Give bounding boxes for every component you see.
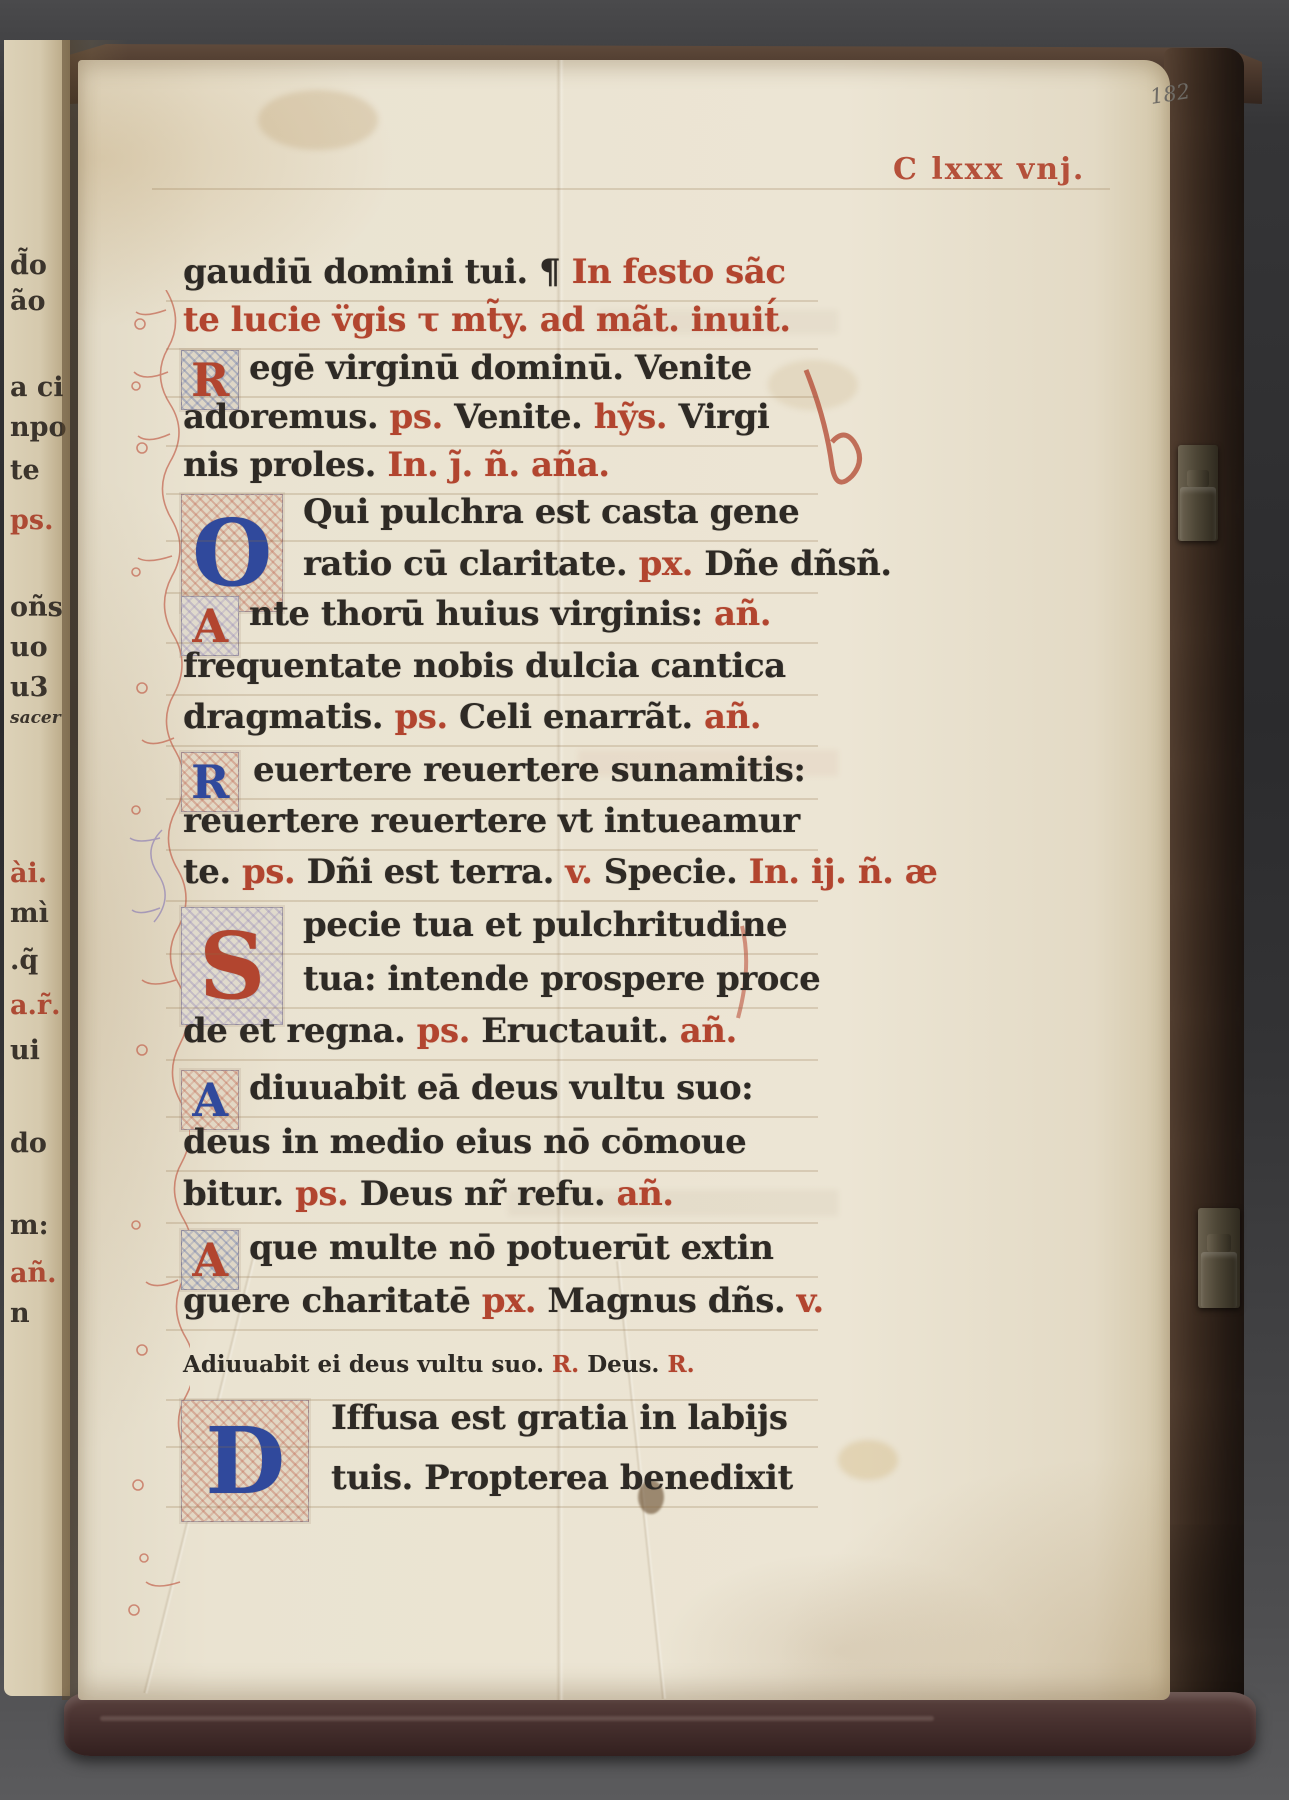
metal-clasp-upper: [1178, 445, 1218, 541]
body-text: diuuabit eā deus vultu suo:: [249, 1068, 753, 1108]
body-text: Magnus dñs.: [547, 1281, 796, 1321]
body-text: Deus nr̃ refu.: [360, 1174, 617, 1214]
ruling-line: [166, 798, 818, 800]
text-line: Regē virginū dominū. Venite: [183, 348, 752, 402]
ruling-line: [166, 1222, 818, 1224]
body-text: ratio cū claritate.: [303, 544, 639, 584]
text-line: OQui pulchra est casta gene: [183, 492, 799, 546]
ruling-line: [166, 900, 818, 902]
rubric-text: añ.: [680, 1011, 737, 1051]
body-text: tua: intende prospere proce: [303, 959, 820, 999]
ruling-line: [166, 849, 818, 851]
facing-page-text-fragment: u3: [10, 672, 48, 703]
facing-page-text-fragment: a ci: [10, 372, 64, 403]
rubric-text: ps.: [242, 852, 307, 892]
text-line: Ante thorū huius virginis: añ.: [183, 594, 771, 648]
text-line: guere charitatē px. Magnus dñs. v.: [183, 1281, 824, 1335]
text-line: ratio cū claritate. px. Dñe dñsñ.: [183, 544, 892, 598]
facing-page-text-fragment: npo: [10, 412, 67, 443]
body-text: Virgi: [678, 397, 769, 437]
rubric-text: px.: [639, 544, 705, 584]
ruling-line: [166, 1059, 818, 1061]
text-line: Aque multe nō potuerūt extin: [183, 1228, 773, 1282]
body-text: Adiuuabit ei deus vultu suo.: [183, 1351, 552, 1378]
text-line: reuertere reuertere vt intueamur: [183, 801, 800, 855]
text-line: deus in medio eius nō cōmoue: [183, 1122, 746, 1176]
facing-page-text-fragment: n: [10, 1298, 30, 1329]
body-text: Deus.: [587, 1351, 667, 1378]
text-line: te. ps. Dñi est terra. v. Specie. In. ij…: [183, 852, 937, 906]
ruling-line: [166, 1506, 818, 1508]
rubric-text: ps.: [417, 1011, 482, 1051]
body-text: reuertere reuertere vt intueamur: [183, 801, 800, 841]
body-text: Qui pulchra est casta gene: [303, 492, 799, 532]
text-line: gaudiū domini tui. ¶ In festo sãc: [183, 252, 786, 306]
body-text: bitur.: [183, 1174, 295, 1214]
body-text: nis proles.: [183, 445, 387, 485]
rubric-text: In festo sãc: [572, 252, 786, 292]
facing-page-text-fragment: a.r̃.: [10, 990, 61, 1021]
ruling-line: [166, 745, 818, 747]
body-text: euertere reuertere sunamitis:: [253, 750, 805, 790]
body-text: adoremus.: [183, 397, 390, 437]
rubric-text: añ.: [617, 1174, 674, 1214]
body-text: Iffusa est gratia in labijs: [331, 1398, 787, 1438]
text-line: tua: intende prospere proce: [183, 959, 820, 1013]
rubric-text: v.: [565, 852, 604, 892]
text-line: bitur. ps. Deus nr̃ refu. añ.: [183, 1174, 674, 1228]
rubric-text: v.: [797, 1281, 824, 1321]
text-line: adoremus. ps. Venite. hỹs. Virgi: [183, 397, 769, 451]
rubric-text: añ.: [704, 697, 761, 737]
ruling-line: [166, 642, 818, 644]
rubric-text: te lucie v̈gis τ mt̃y. ad mãt. inuit́.: [183, 300, 791, 340]
rubric-text: R.: [667, 1351, 694, 1378]
body-text: guere charitatē: [183, 1281, 482, 1321]
leather-binding-right-edge: [1164, 48, 1244, 1754]
body-text: Eructauit.: [481, 1011, 680, 1051]
ruling-line: [166, 1446, 818, 1448]
body-text: pecie tua et pulchritudine: [303, 905, 787, 945]
facing-page-text-fragment: añ.: [10, 1258, 57, 1289]
body-text: tuis. Propterea benedixit: [331, 1458, 793, 1498]
manuscript-photo-scene: d̃oãoa cinpoteps.oñsuou3sacerài.mì.q̃a.r…: [0, 0, 1289, 1800]
rubric-text: añ.: [714, 594, 771, 634]
rubric-text: In. j̃. ñ. aña.: [387, 445, 609, 485]
facing-page-text-fragment: .q̃: [10, 945, 38, 976]
body-text: dragmatis.: [183, 697, 394, 737]
facing-page-text-fragment: mì: [10, 898, 49, 929]
rubric-text: hỹs.: [594, 397, 679, 437]
body-text: gaudiū domini tui. ¶: [183, 252, 572, 292]
rubric-text: ps.: [390, 397, 455, 437]
rubric-text: In. ij. ñ. æ: [749, 852, 938, 892]
text-line: Reuertere reuertere sunamitis:: [183, 750, 805, 804]
leather-binding-bottom-edge: [64, 1692, 1256, 1756]
ruling-line: [166, 1007, 818, 1009]
metal-clasp-lower: [1198, 1208, 1240, 1308]
text-line: de et regna. ps. Eructauit. añ.: [183, 1011, 737, 1065]
facing-page-text-fragment: ài.: [10, 858, 47, 889]
body-text: te.: [183, 852, 242, 892]
ruling-line: [166, 1116, 818, 1118]
ruling-line: [166, 1276, 818, 1278]
body-text: Celi enarrãt.: [459, 697, 704, 737]
body-text: que multe nō potuerūt extin: [249, 1228, 773, 1268]
text-line: Adiuuabit ei deus vultu suo. R. Deus. R.: [183, 1351, 695, 1405]
text-line: DIffusa est gratia in labijs: [183, 1398, 787, 1452]
facing-page-text-fragment: ui: [10, 1035, 40, 1066]
facing-page-text-fragment: do: [10, 1128, 47, 1159]
rubric-text: px.: [482, 1281, 548, 1321]
body-text: egē virginū dominū. Venite: [249, 348, 752, 388]
facing-page-text-fragment: oñs: [10, 592, 63, 623]
ruling-line: [166, 694, 818, 696]
rubric-text: R.: [552, 1351, 587, 1378]
body-text: Dñe dñsñ.: [704, 544, 891, 584]
rubric-text: ps.: [295, 1174, 360, 1214]
facing-page-text-fragment: m:: [10, 1210, 49, 1241]
facing-page-text-fragment: d̃o: [10, 250, 47, 281]
facing-page-text-fragment: ão: [10, 286, 46, 317]
body-text: Dñi est terra.: [307, 852, 566, 892]
ruling-line: [166, 1170, 818, 1172]
body-text: de et regna.: [183, 1011, 417, 1051]
facing-page-text-fragment: uo: [10, 632, 48, 663]
text-line: tuis. Propterea benedixit: [183, 1458, 793, 1512]
body-text: frequentate nobis dulcia cantica: [183, 646, 786, 686]
facing-page-text-fragment: ps.: [10, 505, 53, 536]
body-text: Venite.: [454, 397, 594, 437]
ruling-line: [166, 1329, 818, 1331]
body-text: Specie.: [604, 852, 749, 892]
text-line: frequentate nobis dulcia cantica: [183, 646, 786, 700]
facing-page-text-fragment: sacer: [10, 708, 61, 728]
text-block: gaudiū domini tui. ¶ In festo sãcte luci…: [78, 60, 1170, 1700]
text-line: te lucie v̈gis τ mt̃y. ad mãt. inuit́.: [183, 300, 791, 354]
manuscript-page: 182 C lxxx vnj.: [78, 60, 1170, 1700]
text-line: Specie tua et pulchritudine: [183, 905, 787, 959]
ruling-line: [166, 953, 818, 955]
facing-page-edge: d̃oãoa cinpoteps.oñsuou3sacerài.mì.q̃a.r…: [4, 40, 70, 1696]
facing-page-text-fragment: te: [10, 455, 40, 486]
body-text: nte thorū huius virginis:: [249, 594, 714, 634]
illuminated-initial: A: [181, 1070, 239, 1130]
text-line: dragmatis. ps. Celi enarrãt. añ.: [183, 697, 761, 751]
rubric-text: ps.: [394, 697, 459, 737]
body-text: deus in medio eius nō cōmoue: [183, 1122, 746, 1162]
ruling-line: [166, 540, 818, 542]
text-line: Adiuuabit eā deus vultu suo:: [183, 1068, 753, 1122]
text-line: nis proles. In. j̃. ñ. aña.: [183, 445, 610, 499]
